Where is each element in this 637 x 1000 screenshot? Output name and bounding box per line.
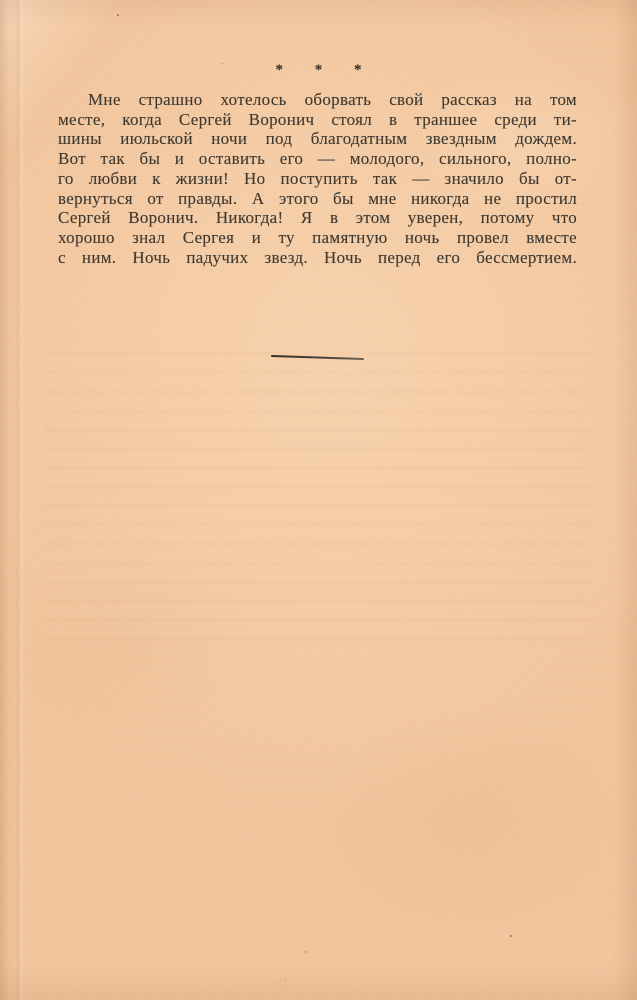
paragraph-line: месте, когда Сергей Воронич стоял в тран…: [58, 110, 577, 130]
reverse-side-bleed-through: [45, 352, 590, 642]
paragraph-line: Мне страшно хотелось оборвать свой расск…: [58, 90, 577, 110]
paragraph: Мне страшно хотелось оборвать свой расск…: [58, 90, 577, 267]
dust-speck: [285, 979, 286, 980]
dust-speck: [222, 63, 223, 64]
paragraph-line: шины июльской ночи под благодатным звезд…: [58, 129, 577, 149]
book-page-scan: * * * Мне страшно хотелось оборвать свой…: [0, 0, 637, 1000]
paragraph-line: с ним. Ночь падучих звезд. Ночь перед ег…: [58, 248, 577, 268]
paragraph-line: хорошо знал Сергея и ту памятную ночь пр…: [58, 228, 577, 248]
dust-speck: [305, 951, 306, 953]
paragraph-line: го любви к жизни! Но поступить так — зна…: [58, 169, 577, 189]
paragraph-line: Вот так бы и оставить его — молодого, си…: [58, 149, 577, 169]
dust-speck: [117, 14, 119, 16]
paragraph-line: Сергей Воронич. Никогда! Я в этом уверен…: [58, 208, 577, 228]
section-divider-asterisks: * * *: [0, 62, 637, 79]
dust-speck: [510, 935, 512, 937]
paragraph-line: вернуться от правды. А этого бы мне нико…: [58, 189, 577, 209]
